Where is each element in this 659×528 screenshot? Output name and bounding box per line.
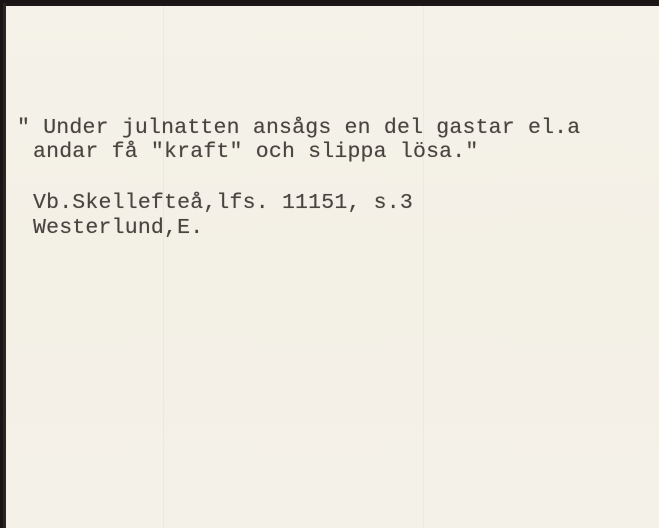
quote-line-1: " Under julnatten ansågs en del gastar e…: [17, 116, 580, 140]
index-card: " Under julnatten ansågs en del gastar e…: [3, 3, 659, 528]
quote-line-2: andar få "kraft" och slippa lösa.": [33, 140, 478, 164]
source-reference: Vb.Skellefteå,lfs. 11151, s.3: [33, 191, 413, 215]
card-left-edge: [3, 3, 6, 528]
card-top-edge: [3, 3, 659, 6]
recorder-name: Westerlund,E.: [33, 216, 203, 240]
